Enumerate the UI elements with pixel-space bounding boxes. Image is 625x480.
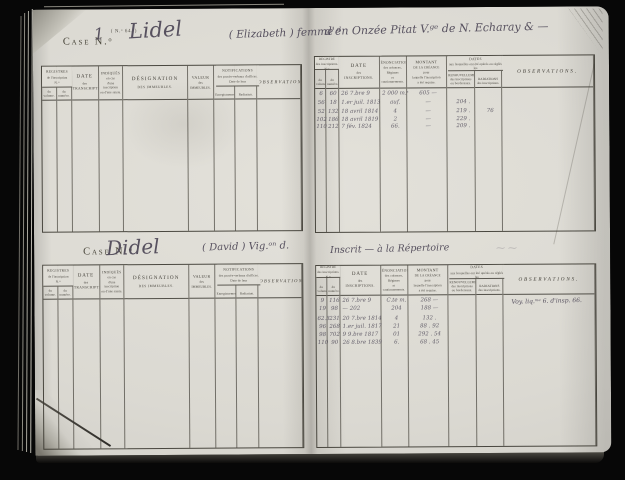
col-volume: du volume. [317,285,325,293]
col-enregistrement: Enregistrement. [217,292,235,296]
col-observations: OBSERVATIONS. [503,68,592,75]
col-date: DATE [340,64,378,70]
case-name-1: Lidel [128,16,183,43]
case-label-1: Case N.ᵒ [63,36,114,47]
register-row: 1109026 8.bre 18396.68 . 45 [317,338,596,349]
left-table-bottom: du volume. du numéro. DATEdesTRANSCRIPTI… [42,263,304,450]
page-stack-edge [22,13,25,451]
register-row: 1998— 202204188 — [316,304,595,315]
register-paper: Case N.ᵒ 1 ( N.ᵒ 64. ) Lidel ( Elizabeth… [33,6,612,456]
page-stack-edge [26,11,29,452]
col-volume: du volume. [44,289,56,297]
col-radiations: RADIATIONS des inscriptions. [478,284,502,292]
col-observations: OBSERVATIONS. [259,278,300,283]
case-name-detail-2: ( David ) Vig.ᵒⁿ d. [202,240,289,253]
col-indiques: INDIQUÉS [100,71,122,76]
col-designation: DÉSIGNATION [124,76,185,82]
col-enonciation: ÉNONCIATION [382,268,406,273]
col-observations: OBSERVATIONS. [504,276,593,283]
group-registre: REGISTREdes inscriptions.N.ᵒˢ [315,57,339,70]
faint-handwritten-note: ⁓ ⁓ [496,244,517,254]
col-volume: du volume. [316,78,324,86]
col-numero: du numéro. [59,289,71,297]
col-date: DATE [73,75,97,81]
register-row: 1102127 fév. 182466.—209 . [315,122,594,133]
col-date: DATE [74,274,98,280]
col-valeur: VALEUR [190,274,214,279]
left-table-top: du volume. du numéro. DATEdesTRANSCRIPTI… [41,64,303,233]
case-number-1: 1 [93,24,105,44]
col-designation: DÉSIGNATION [126,275,187,281]
group-notifications: NOTIFICATIONSdes procès-verbaux d'office… [217,264,260,285]
group-registres: REGISTRESde l'inscriptionN.ᵒˢ [43,266,73,287]
col-numero: du numéro. [327,78,337,86]
group-dates: DATESaux lesquelles ont été opérés ou ré… [448,56,503,71]
col-observations: OBSERVATIONS. [258,79,299,84]
col-indiques: INDIQUÉS [101,270,123,275]
page-stack-edge [17,16,21,450]
col-montant: MONTANT [409,267,447,272]
col-renouvellements: RENOUVELLEMENTS des inscriptions ou bord… [448,73,473,85]
col-renouvellements: RENOUVELLEMENTS des inscriptions ou bord… [449,280,474,292]
group-registre: REGISTREdes inscriptions.N.ᵒˢ [316,266,340,278]
col-enonciation: ÉNONCIATION [381,60,405,65]
group-registres: REGISTRESde l'inscriptionN.ᵒˢ [42,67,72,88]
col-numero: du numéro. [58,90,70,98]
col-radiation: Radiation. [238,291,257,295]
col-valeur: VALEUR [189,75,213,80]
col-radiations: RADIATIONS des inscriptions. [476,77,500,85]
handwritten-heading-top: d'en Onzée Pitat V.ᵍᵉ de N. Echaray & — [325,20,549,38]
corner-hatch-top-right [565,8,603,56]
case-name-2: Didel [106,234,160,260]
col-radiation: Radiation. [236,92,255,96]
right-table-top: du volume. du numéro. DATEdesINSCRIPTION… [314,54,596,233]
col-volume: du volume. [43,90,55,98]
scanned-register-page: { "left_page": { "section1": { "case_lab… [0,0,625,480]
handwritten-heading-bottom: Inscrit — à la Répertoire [330,242,449,256]
group-dates: DATESaux lesquelles ont été opérés ou ré… [449,265,504,279]
col-enregistrement: Enregistrement. [215,93,233,97]
right-table-bottom: du volume. du numéro. DATEdesINSCRIPTION… [315,263,597,448]
group-notifications: NOTIFICATIONSdes procès-verbaux d'office… [216,65,259,86]
col-date: DATE [341,272,379,278]
col-numero: du numéro. [328,285,338,293]
page-stack-edge-top [44,4,284,8]
col-montant: MONTANT [408,59,446,64]
